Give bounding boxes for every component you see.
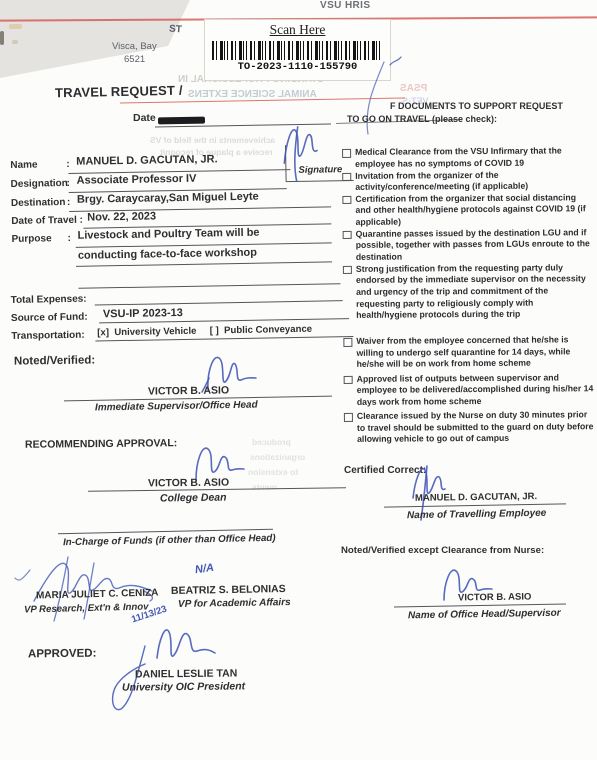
checkbox-unchecked — [344, 413, 353, 422]
president-name: DANIEL LESLIE TAN — [135, 667, 237, 680]
blank-underline — [78, 283, 340, 289]
colon: : — [67, 233, 71, 244]
president-title: University OIC President — [122, 680, 245, 693]
supervisor-name: VICTOR B. ASIO — [148, 384, 229, 397]
dean-title: College Dean — [160, 492, 227, 505]
scanned-travel-request-document: VSU HRIS ST Visca, Bay 6521 STANDING PRO… — [0, 0, 597, 760]
transportation-value: [x] University Vehicle [ ] Public Convey… — [97, 324, 312, 339]
colon: : — [66, 159, 70, 170]
pen-tick-mark — [388, 55, 404, 69]
checklist-item: Quarantine passes issued by the destinat… — [356, 227, 594, 264]
checklist-item: Invitation from the organizer of the act… — [355, 169, 593, 194]
checklist-item: Clearance issued by the Nurse on duty 30… — [357, 409, 595, 446]
checklist-header-line2: TO GO ON TRAVEL (please check): — [347, 114, 497, 124]
colon: : — [67, 197, 71, 208]
checklist-header-line1: F DOCUMENTS TO SUPPORT REQUEST — [390, 101, 563, 111]
checkbox-unchecked — [343, 338, 352, 347]
checklist-item: Strong justification from the requesting… — [356, 262, 594, 322]
name-value: MANUEL D. GACUTAN, JR. — [76, 153, 218, 167]
hris-system-label: VSU HRIS — [320, 0, 370, 11]
date-ink-blot — [158, 117, 205, 125]
ghost-text: PSAS — [400, 83, 427, 94]
dean-name: VICTOR B. ASIO — [148, 477, 229, 490]
letterhead-fragment-zip: 6521 — [124, 54, 145, 65]
name-label: Name — [10, 159, 37, 170]
checkbox-unchecked — [343, 230, 352, 239]
checkbox-unchecked — [342, 195, 351, 204]
checklist-item: Medical Clearance from the VSU Infirmary… — [355, 145, 593, 170]
office-head-name: VICTOR B. ASIO — [458, 591, 532, 603]
approved-label: APPROVED: — [28, 648, 96, 661]
vp-academic-name: BEATRIZ S. BELONIAS — [171, 583, 286, 597]
travel-date-label: Date of Travel : — [11, 215, 83, 227]
ghost-text: organizations — [250, 452, 305, 462]
checklist-item: Certification from the organizer that so… — [355, 192, 593, 229]
letterhead-fragment-visca: Visca, Bay — [112, 41, 157, 52]
ghost-text: ANIMAL SCIENCE EXTENS — [188, 89, 317, 100]
employee-signature — [276, 116, 325, 183]
checkbox-unchecked — [342, 172, 351, 181]
scan-here-label: Scan Here — [205, 22, 390, 38]
checkbox-unchecked — [342, 149, 351, 158]
ghost-text: produced — [252, 437, 291, 447]
purpose-value-line2: conducting face-to-face workshop — [78, 247, 257, 262]
checklist-item: Waiver from the employee concerned that … — [356, 334, 594, 371]
travel-date-value: Nov. 22, 2023 — [87, 210, 156, 223]
vp-academic-title: VP for Academic Affairs — [178, 597, 291, 610]
designation-value: Associate Professor IV — [76, 173, 196, 187]
document-checklist: Medical Clearance from the VSU Infirmary… — [336, 140, 597, 442]
checkbox-unchecked — [344, 375, 353, 384]
checkbox-unchecked — [343, 265, 352, 274]
destination-value: Brgy. Caraycaray,San Miguel Leyte — [77, 191, 259, 206]
ghost-text: to extension — [248, 467, 298, 477]
source-of-fund-value: VSU-IP 2023-13 — [103, 307, 183, 320]
date-label: Date — [133, 112, 156, 124]
scan-speck — [9, 24, 22, 29]
ghost-text: ments — [252, 482, 277, 492]
purpose-underline-2 — [76, 261, 332, 267]
transportation-label: Transportation: — [11, 330, 85, 342]
designation-label: Designation — [11, 178, 68, 190]
purpose-value-line1: Livestock and Poultry Team will be — [77, 227, 259, 242]
travelling-employee-caption: Name of Travelling Employee — [407, 508, 546, 521]
colon: : — [67, 178, 71, 189]
check-pen-mark — [13, 568, 33, 586]
travelling-employee-name: MANUEL D. GACUTAN, JR. — [415, 491, 537, 504]
pen-stroke — [360, 60, 390, 140]
total-expenses-underline — [95, 300, 343, 306]
barcode — [212, 41, 383, 60]
form-title: TRAVEL REQUEST / — [55, 83, 183, 101]
noted-except-label: Noted/Verified except Clearance from Nur… — [341, 545, 544, 556]
noted-verified-label: Noted/Verified: — [14, 354, 95, 367]
letterhead-fragment-state: ST — [169, 24, 183, 36]
office-head-caption: Name of Office Head/Supervisor — [408, 608, 561, 622]
recommending-approval-label: RECOMMENDING APPROVAL: — [25, 437, 177, 451]
scan-shadow-wedge — [0, 0, 220, 82]
scan-speck — [12, 40, 18, 44]
scan-speck — [0, 31, 4, 45]
source-of-fund-label: Source of Fund: — [11, 312, 88, 324]
purpose-label: Purpose — [12, 233, 52, 245]
destination-label: Destination — [11, 197, 66, 209]
checklist-item: Approved list of outputs between supervi… — [357, 372, 595, 409]
request-fields: Name : MANUEL D. GACUTAN, JR. Signature … — [8, 142, 364, 368]
total-expenses-label: Total Expenses: — [11, 294, 87, 306]
handwritten-na: N/A — [194, 562, 214, 577]
supervisor-title: Immediate Supervisor/Office Head — [95, 400, 258, 414]
